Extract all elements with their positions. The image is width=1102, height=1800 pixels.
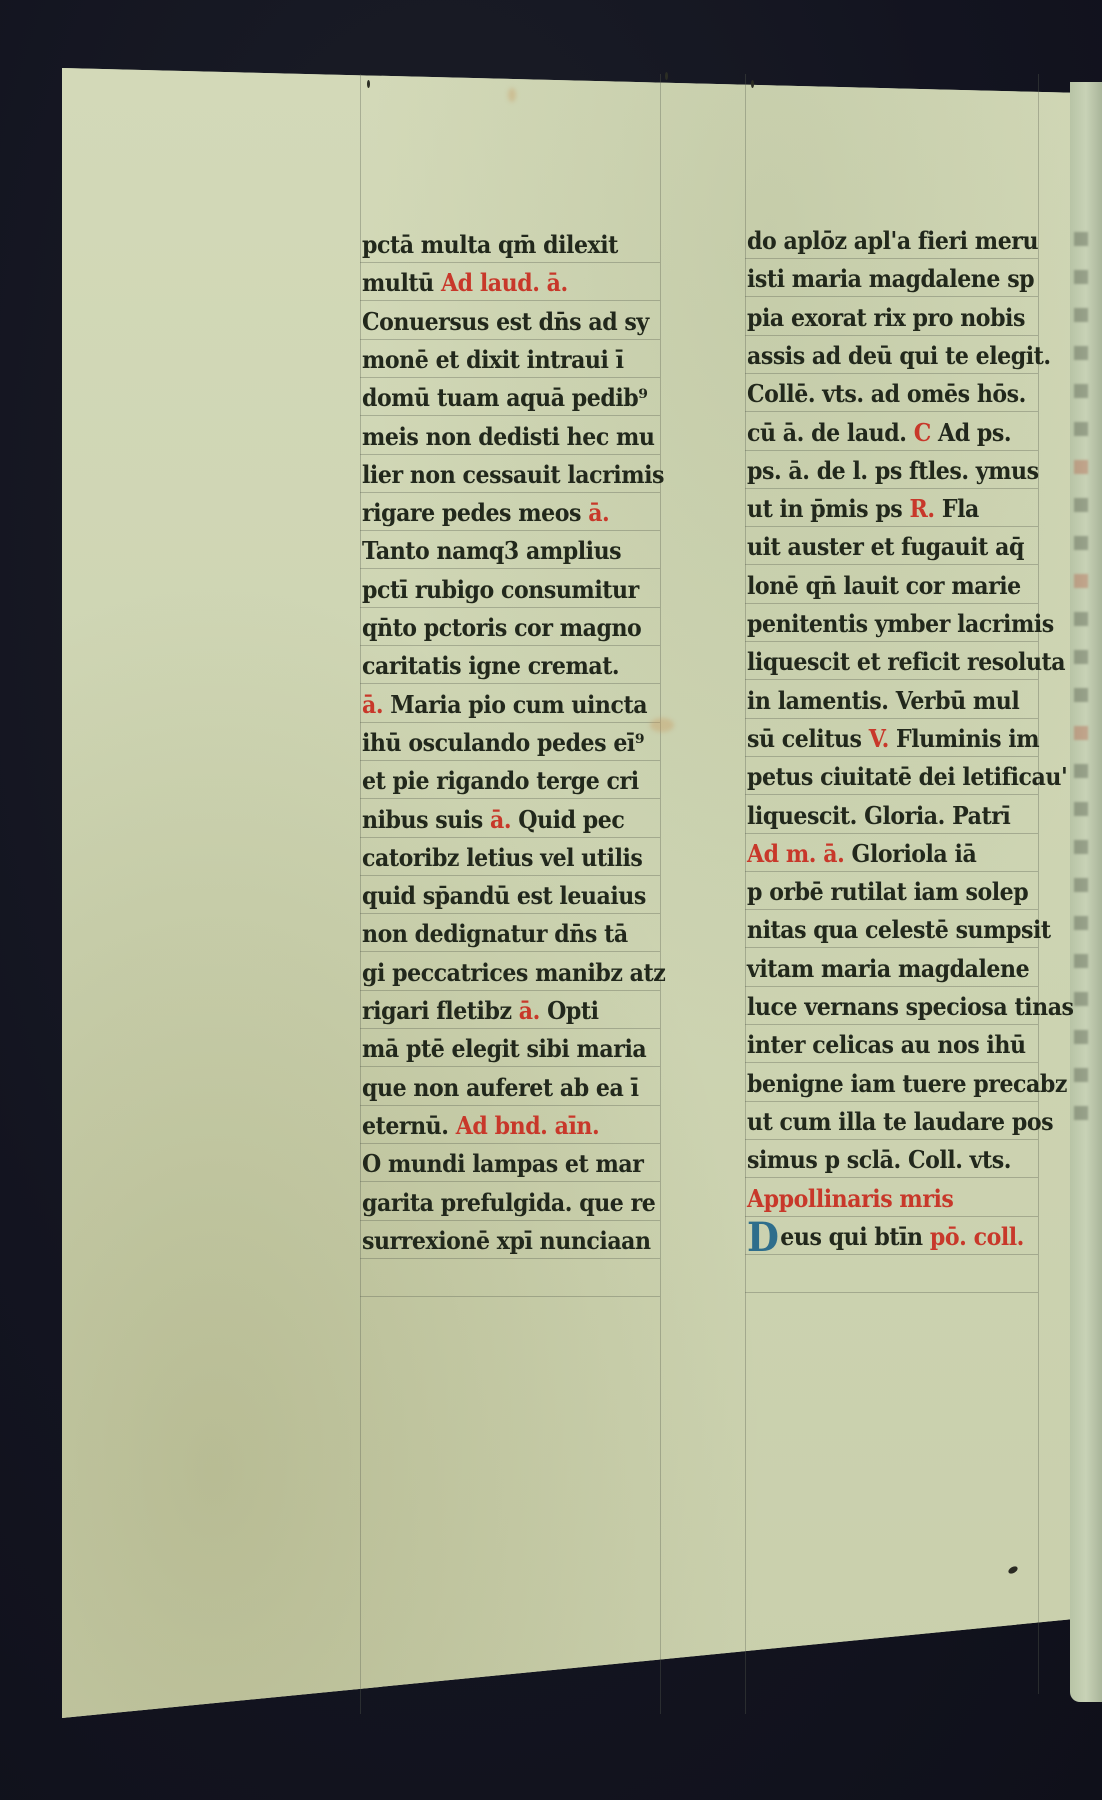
line-text: Opti: [547, 996, 598, 1025]
line-text: Gloriola iā: [852, 839, 977, 868]
rubric: ā.: [362, 690, 383, 719]
text-line: lier non cessauit lacrimis: [362, 456, 664, 494]
bleed-through-text: [1074, 802, 1088, 816]
line-text: ihū osculando pedes eī⁹: [362, 728, 644, 757]
line-text: qn̄to pctoris cor magno: [362, 613, 641, 642]
bleed-through-text: [1074, 384, 1088, 398]
text-line: sū celitus V. Fluminis im: [747, 720, 1039, 758]
line-text: nitas qua celestē sumpsit: [747, 915, 1051, 944]
text-line: meis non dedisti hec mu: [362, 418, 655, 456]
line-text: meis non dedisti hec mu: [362, 422, 655, 451]
bleed-through-text: [1074, 954, 1088, 968]
text-line: do aplōz apl'a fieri meru: [747, 222, 1038, 260]
text-line: ps. ā. de l. ps ftles. ymus: [747, 452, 1039, 490]
right-column-left-rule: [745, 74, 746, 1714]
bleed-through-text: [1074, 764, 1088, 778]
rubric: Ad laud. ā.: [441, 268, 568, 297]
text-line: domū tuam aquā pedib⁹: [362, 379, 647, 417]
line-text: nibus suis: [362, 805, 483, 834]
line-text: simus p sclā. Coll. vts.: [747, 1145, 1011, 1174]
line-text: catoribz letius vel utilis: [362, 843, 642, 872]
line-text: pia exorat rix pro nobis: [747, 303, 1025, 332]
left-column-left-rule: [360, 74, 361, 1714]
text-line: et pie rigando terge cri: [362, 762, 639, 800]
line-text: Collē. vts. ad omēs hōs.: [747, 379, 1026, 408]
bleed-through-text: [1074, 650, 1088, 664]
line-text: ps. ā. de l. ps ftles. ymus: [747, 456, 1039, 485]
text-line: rigare pedes meos ā.: [362, 494, 609, 532]
stain: [508, 88, 516, 102]
text-line: monē et dixit intraui ī: [362, 341, 624, 379]
line-text: in lamentis. Verbū mul: [747, 686, 1019, 715]
line-text: que non auferet ab ea ī: [362, 1073, 639, 1102]
bleed-through-text: [1074, 498, 1088, 512]
bleed-through-text: [1074, 992, 1088, 1006]
text-line: Collē. vts. ad omēs hōs.: [747, 375, 1026, 413]
line-text: benigne iam tuere precabz: [747, 1069, 1067, 1098]
line-text: caritatis igne cremat.: [362, 651, 619, 680]
line-text: Conuersus est dn̄s ad sy: [362, 307, 649, 336]
text-line: gi peccatrices manibz atz: [362, 954, 665, 992]
line-text: ut in p̄mis ps: [747, 494, 902, 523]
rubric: V.: [869, 724, 889, 753]
ruled-line: [360, 1296, 660, 1297]
line-text: sū celitus: [747, 724, 862, 753]
line-text: lonē qn̄ lauit cor marie: [747, 571, 1021, 600]
line-text: rigari fletibz: [362, 996, 512, 1025]
text-line: uit auster et fugauit aq̄: [747, 528, 1024, 566]
text-line: catoribz letius vel utilis: [362, 839, 642, 877]
line-text: O mundi lampas et mar: [362, 1149, 643, 1178]
left-column-right-rule: [660, 74, 661, 1714]
pricking-mark: [665, 72, 668, 80]
text-line: ā. Maria pio cum uincta: [362, 686, 647, 724]
text-line: multū Ad laud. ā.: [362, 264, 568, 302]
line-text: inter celicas au nos ihū: [747, 1030, 1026, 1059]
line-text: luce vernans speciosa tinas: [747, 992, 1074, 1021]
line-text: petus ciuitatē dei letificau': [747, 762, 1067, 791]
bleed-through-text: [1074, 536, 1088, 550]
rubric: pō. coll.: [930, 1222, 1024, 1251]
line-text: liquescit et reficit resoluta: [747, 647, 1065, 676]
rubric: ā.: [588, 498, 609, 527]
bleed-through-text: [1074, 878, 1088, 892]
text-line: mā ptē elegit sibi maria: [362, 1030, 646, 1068]
line-text: non dedignatur dn̄s tā: [362, 919, 628, 948]
stain: [650, 718, 674, 732]
bleed-through-text: [1074, 916, 1088, 930]
text-line: inter celicas au nos ihū: [747, 1026, 1026, 1064]
line-text: ut cum illa te laudare pos: [747, 1107, 1053, 1136]
bleed-through-text: [1074, 1030, 1088, 1044]
pricking-mark: [751, 80, 754, 88]
line-text: Maria pio cum uincta: [390, 690, 647, 719]
text-line: caritatis igne cremat.: [362, 647, 619, 685]
text-line: nibus suis ā. Quid pec: [362, 801, 624, 839]
text-line: petus ciuitatē dei letificau': [747, 758, 1067, 796]
text-line: pctā multa qm̄ dilexit: [362, 226, 618, 264]
line-text: assis ad deū qui te elegit.: [747, 341, 1051, 370]
text-line: ihū osculando pedes eī⁹: [362, 724, 644, 762]
bleed-through-text: [1074, 308, 1088, 322]
text-line: isti maria magdalene sp: [747, 260, 1034, 298]
line-text: garita prefulgida. que re: [362, 1188, 655, 1217]
text-line: Conuersus est dn̄s ad sy: [362, 303, 649, 341]
text-line: eternū. Ad bnd. aīn.: [362, 1107, 599, 1145]
bleed-through-text: [1074, 422, 1088, 436]
decorated-initial: D: [747, 1223, 778, 1253]
text-line: in lamentis. Verbū mul: [747, 682, 1019, 720]
bleed-through-text: [1074, 1068, 1088, 1082]
text-line: pctī rubigo consumitur: [362, 571, 639, 609]
text-line: quid sp̄andū est leuaius: [362, 877, 646, 915]
text-line: Appollinaris mris: [747, 1180, 953, 1218]
text-line: penitentis ymber lacrimis: [747, 605, 1054, 643]
line-text: Tanto namq3 amplius: [362, 536, 621, 565]
line-text: eus qui btīn: [780, 1222, 922, 1251]
line-text: quid sp̄andū est leuaius: [362, 881, 646, 910]
line-text: cū ā. de laud.: [747, 418, 906, 447]
text-line: Deus qui btīn pō. coll.: [747, 1218, 1024, 1256]
bleed-through-text: [1074, 574, 1088, 588]
text-line: benigne iam tuere precabz: [747, 1065, 1067, 1103]
text-line: ut in p̄mis ps R. Fla: [747, 490, 979, 528]
text-line: rigari fletibz ā. Opti: [362, 992, 598, 1030]
text-line: cū ā. de laud. C Ad ps.: [747, 414, 1011, 452]
text-line: surrexionē xpī nunciaan: [362, 1222, 651, 1260]
text-line: garita prefulgida. que re: [362, 1184, 655, 1222]
line-text: rigare pedes meos: [362, 498, 581, 527]
line-text: monē et dixit intraui ī: [362, 345, 624, 374]
line-text: gi peccatrices manibz atz: [362, 958, 665, 987]
text-line: liquescit. Gloria. Patrī: [747, 797, 1010, 835]
line-text: penitentis ymber lacrimis: [747, 609, 1054, 638]
line-text: Ad ps.: [938, 418, 1011, 447]
text-line: nitas qua celestē sumpsit: [747, 911, 1051, 949]
rubric: Appollinaris mris: [747, 1184, 953, 1213]
text-line: assis ad deū qui te elegit.: [747, 337, 1051, 375]
text-line: ut cum illa te laudare pos: [747, 1103, 1053, 1141]
line-text: Fluminis im: [896, 724, 1039, 753]
pricking-mark: [367, 80, 370, 88]
line-text: uit auster et fugauit aq̄: [747, 532, 1024, 561]
bleed-through-text: [1074, 688, 1088, 702]
rubric: ā.: [519, 996, 540, 1025]
rubric: ā.: [490, 805, 511, 834]
text-line: pia exorat rix pro nobis: [747, 299, 1025, 337]
rubric: Ad bnd. aīn.: [456, 1111, 599, 1140]
text-line: luce vernans speciosa tinas: [747, 988, 1074, 1026]
text-line: liquescit et reficit resoluta: [747, 643, 1065, 681]
rubric: C: [914, 418, 931, 447]
bleed-through-text: [1074, 232, 1088, 246]
line-text: domū tuam aquā pedib⁹: [362, 383, 647, 412]
text-line: Ad m. ā. Gloriola iā: [747, 835, 976, 873]
text-line: lonē qn̄ lauit cor marie: [747, 567, 1021, 605]
ruled-line: [745, 1292, 1038, 1293]
line-text: multū: [362, 268, 434, 297]
line-text: et pie rigando terge cri: [362, 766, 639, 795]
line-text: liquescit. Gloria. Patrī: [747, 801, 1010, 830]
line-text: lier non cessauit lacrimis: [362, 460, 664, 489]
text-line: vitam maria magdalene: [747, 950, 1029, 988]
bleed-through-text: [1074, 1106, 1088, 1120]
line-text: vitam maria magdalene: [747, 954, 1029, 983]
rubric: R.: [909, 494, 934, 523]
bleed-through-text: [1074, 726, 1088, 740]
bleed-through-text: [1074, 840, 1088, 854]
text-line: O mundi lampas et mar: [362, 1145, 643, 1183]
text-line: simus p sclā. Coll. vts.: [747, 1141, 1011, 1179]
text-line: qn̄to pctoris cor magno: [362, 609, 641, 647]
line-text: do aplōz apl'a fieri meru: [747, 226, 1038, 255]
line-text: pctī rubigo consumitur: [362, 575, 639, 604]
text-line: p orbē rutilat iam solep: [747, 873, 1028, 911]
line-text: pctā multa qm̄ dilexit: [362, 230, 618, 259]
bleed-through-text: [1074, 270, 1088, 284]
bleed-through-text: [1074, 346, 1088, 360]
line-text: eternū.: [362, 1111, 449, 1140]
line-text: surrexionē xpī nunciaan: [362, 1226, 651, 1255]
line-text: mā ptē elegit sibi maria: [362, 1034, 646, 1063]
text-line: non dedignatur dn̄s tā: [362, 915, 628, 953]
line-text: Quid pec: [518, 805, 624, 834]
text-line: Tanto namq3 amplius: [362, 532, 621, 570]
facing-page-edge: [1070, 82, 1102, 1702]
bleed-through-text: [1074, 612, 1088, 626]
line-text: Fla: [942, 494, 979, 523]
rubric: Ad m. ā.: [747, 839, 844, 868]
bleed-through-text: [1074, 460, 1088, 474]
line-text: isti maria magdalene sp: [747, 264, 1034, 293]
right-column-right-rule: [1038, 74, 1039, 1694]
text-line: que non auferet ab ea ī: [362, 1069, 639, 1107]
line-text: p orbē rutilat iam solep: [747, 877, 1028, 906]
